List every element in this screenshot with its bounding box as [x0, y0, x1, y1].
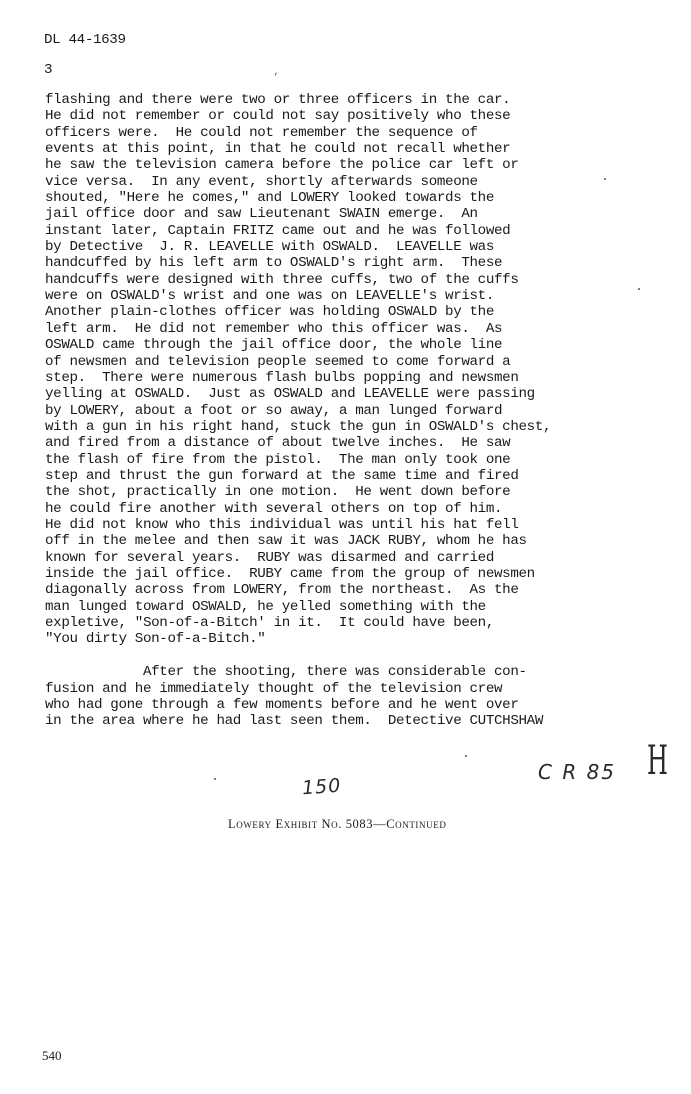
text-line: officers were. He could not remember the… — [45, 125, 685, 141]
text-line: were on OSWALD's wrist and one was on LE… — [45, 288, 685, 304]
text-line: He did not remember or could not say pos… — [45, 108, 685, 124]
text-line: "You dirty Son-of-a-Bitch." — [45, 631, 685, 647]
speck — [465, 755, 467, 757]
text-line: expletive, "Son-of-a-Bitch' in it. It co… — [45, 615, 685, 631]
text-line: the flash of fire from the pistol. The m… — [45, 452, 685, 468]
text-line: shouted, "Here he comes," and LOWERY loo… — [45, 190, 685, 206]
exhibit-caption: Lowery Exhibit No. 5083—Continued — [228, 817, 446, 832]
paragraph-2: After the shooting, there was considerab… — [45, 664, 685, 729]
paragraph-1: flashing and there were two or three off… — [45, 92, 685, 648]
text-line: who had gone through a few moments befor… — [45, 697, 685, 713]
text-line: jail office door and saw Lieutenant SWAI… — [45, 206, 685, 222]
text-line: flashing and there were two or three off… — [45, 92, 685, 108]
text-line: he could fire another with several other… — [45, 501, 685, 517]
text-line: known for several years. RUBY was disarm… — [45, 550, 685, 566]
handwritten-mark: H — [647, 738, 668, 784]
text-line: OSWALD came through the jail office door… — [45, 337, 685, 353]
text-line: step and thrust the gun forward at the s… — [45, 468, 685, 484]
text-line: the shot, practically in one motion. He … — [45, 484, 685, 500]
text-line: events at this point, in that he could n… — [45, 141, 685, 157]
page-number: 540 — [42, 1048, 62, 1064]
text-line: step. There were numerous flash bulbs po… — [45, 370, 685, 386]
text-line: yelling at OSWALD. Just as OSWALD and LE… — [45, 386, 685, 402]
text-line: man lunged toward OSWALD, he yelled some… — [45, 599, 685, 615]
file-number: DL 44-1639 — [44, 32, 126, 48]
speck — [604, 178, 606, 180]
body-text: flashing and there were two or three off… — [45, 92, 685, 730]
text-line: with a gun in his right hand, stuck the … — [45, 419, 685, 435]
text-line: He did not know who this individual was … — [45, 517, 685, 533]
text-line: instant later, Captain FRITZ came out an… — [45, 223, 685, 239]
text-line: and fired from a distance of about twelv… — [45, 435, 685, 451]
text-line: After the shooting, there was considerab… — [45, 664, 685, 680]
text-line: left arm. He did not remember who this o… — [45, 321, 685, 337]
text-line: inside the jail office. RUBY came from t… — [45, 566, 685, 582]
page-marker: 3 — [44, 62, 52, 78]
text-line: handcuffed by his left arm to OSWALD's r… — [45, 255, 685, 271]
handwritten-initials: C R 85 — [538, 760, 616, 784]
speck — [638, 288, 640, 290]
stray-mark: , — [274, 68, 278, 77]
handwritten-number: 150 — [301, 775, 342, 800]
text-line: he saw the television camera before the … — [45, 157, 685, 173]
text-line: off in the melee and then saw it was JAC… — [45, 533, 685, 549]
text-line: fusion and he immediately thought of the… — [45, 681, 685, 697]
text-line: by Detective J. R. LEAVELLE with OSWALD.… — [45, 239, 685, 255]
text-line: by LOWERY, about a foot or so away, a ma… — [45, 403, 685, 419]
text-line: in the area where he had last seen them.… — [45, 713, 685, 729]
text-line: Another plain-clothes officer was holdin… — [45, 304, 685, 320]
text-line: diagonally across from LOWERY, from the … — [45, 582, 685, 598]
text-line: vice versa. In any event, shortly afterw… — [45, 174, 685, 190]
text-line: handcuffs were designed with three cuffs… — [45, 272, 685, 288]
text-line: of newsmen and television people seemed … — [45, 354, 685, 370]
speck — [214, 778, 216, 780]
